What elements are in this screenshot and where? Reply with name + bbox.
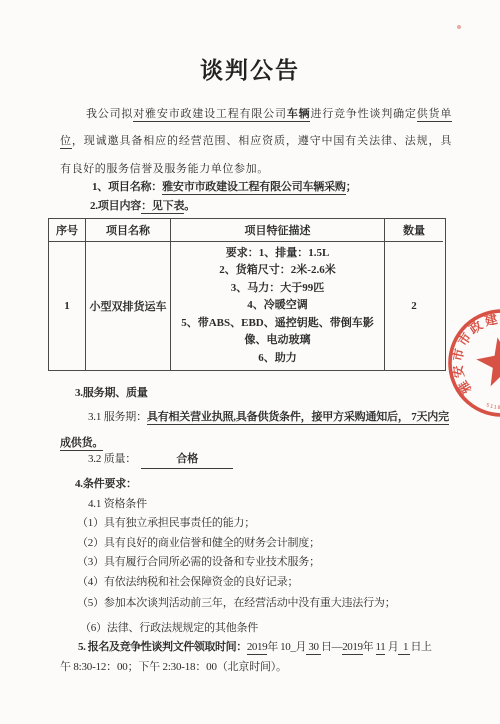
- section4-heading: 4.条件要求：: [75, 477, 137, 492]
- intro-run: 我公司拟: [86, 108, 133, 120]
- red-company-seal: 雅安市市政建设工程有限公司 5118032: [442, 303, 500, 423]
- table-cell-no: 1: [49, 242, 86, 370]
- intro-run: 进行竞争性谈判确定: [310, 108, 416, 120]
- desc-line: 2、货箱尺寸：2米-2.6米: [219, 262, 335, 279]
- desc-line: 6、助力: [258, 350, 297, 367]
- intro-underlined-company: 对雅安市政建设工程有限公司: [133, 108, 287, 122]
- project-content-label: 2.项目内容: [90, 200, 141, 212]
- project-content-tail: 。: [184, 200, 195, 212]
- condition-item-3: （3）具有履行合同所必需的设备和专业技术服务；: [77, 555, 320, 570]
- registration-time-line: 5. 报名及竞争性谈判文件领取时间：2019年 10_月 30 日—2019年 …: [78, 640, 432, 655]
- table-header-qty: 数量: [385, 219, 443, 242]
- quality-label: 3.2 质量：: [88, 453, 136, 465]
- items-table: 序号 项目名称 项目特征描述 数量 1 小型双排货运车 要求：1、排量：1.5L…: [48, 218, 446, 371]
- intro-run: ，现诚邀具备相应的经营范围、相应资质，遵守中国有关法律、法规，具有良好的服务信誉…: [60, 135, 452, 174]
- desc-line: 5、带ABS、EBD、遥控钥匙、带倒车影像、电动玻璃: [179, 315, 376, 350]
- service-period-line: 3.1 服务期：具有相关营业执照,具备供货条件，接甲方采购通知后， 7天内完: [88, 410, 449, 425]
- reg-month-2: 11: [376, 641, 386, 655]
- page-title: 谈判公告: [0, 52, 500, 85]
- project-content-value: ：见下表: [141, 200, 184, 214]
- condition-item-4: （4）有依法纳税和社会保障资金的良好记录；: [77, 575, 298, 590]
- reg-year-2: 2019: [342, 641, 362, 655]
- intro-paragraph: 我公司拟对雅安市政建设工程有限公司车辆进行竞争性谈判确定供货单位，现诚邀具备相应…: [60, 101, 452, 183]
- service-period-value-part1: 具有相关营业执照,具备供货条件，接甲方采购通知后， 7天内完: [147, 411, 449, 425]
- registration-time-label: 5. 报名及竞争性谈判文件领取时间：: [78, 641, 247, 653]
- section3-heading: 3.服务期、质量: [75, 386, 148, 401]
- table-cell-qty: 2: [385, 242, 443, 370]
- table-header-name: 项目名称: [86, 219, 171, 242]
- reg-text: 年 10_月: [267, 641, 306, 653]
- reg-day-2: 1: [398, 641, 410, 655]
- reg-year-1: 2019: [247, 641, 267, 655]
- reg-text: 日—: [321, 641, 342, 653]
- condition-item-2: （2）具有良好的商业信誉和健全的财务会计制度；: [77, 536, 320, 551]
- desc-line: 4、冷暖空调: [247, 297, 308, 314]
- project-name-label: 1、项目名称：: [92, 181, 162, 193]
- table-cell-desc: 要求：1、排量：1.5L 2、货箱尺寸：2米-2.6米 3、马力：大于99匹 4…: [171, 242, 385, 370]
- reg-text: 日上: [410, 641, 431, 653]
- desc-line: 3、马力：大于99匹: [231, 280, 325, 297]
- intro-underlined-vehicle: 车辆: [287, 108, 311, 122]
- condition-item-6: （6）法律、行政法规规定的其他条件: [80, 621, 258, 636]
- table-header-desc: 项目特征描述: [171, 219, 385, 242]
- quality-value: 合格: [141, 452, 233, 469]
- service-period-label: 3.1 服务期：: [88, 411, 147, 423]
- scanned-document-page: 谈判公告 我公司拟对雅安市政建设工程有限公司车辆进行竞争性谈判确定供货单位，现诚…: [0, 0, 500, 724]
- seal-star-icon: [473, 333, 500, 388]
- reg-day-1: 30: [306, 641, 321, 655]
- desc-line: 要求：1、排量：1.5L: [226, 245, 330, 262]
- quality-line: 3.2 质量： 合格: [88, 452, 233, 469]
- project-name-value: 雅安市市政建设工程有限公司车辆采购: [162, 181, 346, 195]
- registration-time-line2: 午 8:30-12：00；下午 2:30-18：00（北京时间）。: [60, 660, 287, 675]
- condition-item-1: （1）具有独立承担民事责任的能力；: [77, 516, 255, 531]
- service-period-line-cont: 成供货。: [60, 436, 103, 451]
- reg-text: 月: [385, 641, 398, 653]
- condition-item-5: （5）参加本次谈判活动前三年，在经营活动中没有重大违法行为；: [77, 596, 396, 611]
- table-header-no: 序号: [49, 219, 86, 242]
- project-name-line: 1、项目名称：雅安市市政建设工程有限公司车辆采购；: [92, 180, 357, 195]
- project-name-tail: ；: [346, 181, 357, 193]
- reg-text: 年: [363, 641, 376, 653]
- scan-artifact-dot: [457, 25, 461, 29]
- section4-sub-heading: 4.1 资格条件: [88, 497, 147, 512]
- service-period-value-part2: 成供货。: [60, 437, 103, 451]
- table-cell-name: 小型双排货运车: [86, 242, 171, 370]
- project-content-line: 2.项目内容：见下表。: [90, 199, 195, 214]
